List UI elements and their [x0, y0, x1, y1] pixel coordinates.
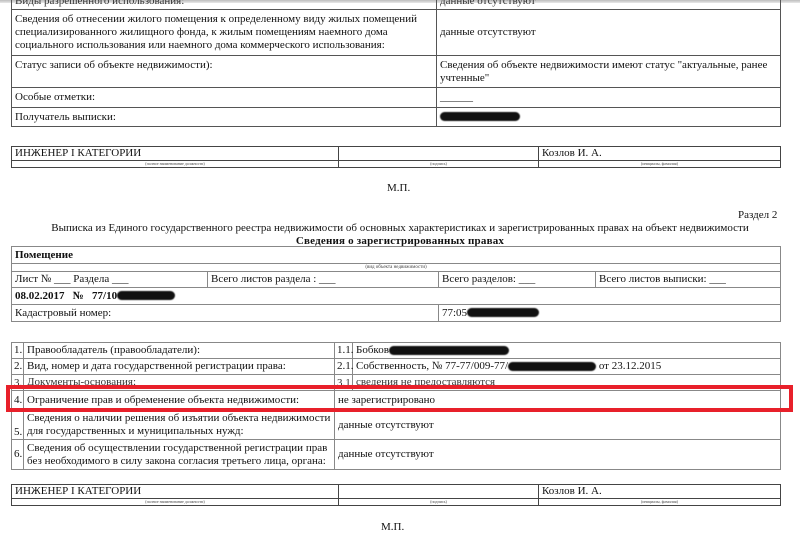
row-label: Ограничение прав и обременение объекта н… — [24, 391, 335, 411]
date-number: 08.02.2017 № 77/10 — [12, 288, 781, 305]
table-row: 6. Сведения об осуществлении государстве… — [12, 440, 781, 470]
row-subnumber: 1.1. — [335, 343, 353, 359]
object-header-table: Помещение (вид объекта недвижимости) Лис… — [11, 246, 781, 322]
signer-name: Козлов И. А. — [539, 147, 781, 161]
object-type-caption: (вид объекта недвижимости) — [12, 264, 781, 272]
extract-title: Выписка из Единого государственного реес… — [0, 222, 800, 234]
table-row: Получатель выписки: — [12, 108, 781, 127]
signature-field — [339, 485, 539, 499]
sheet-number: Лист № ___ Раздела ___ — [12, 272, 208, 288]
caption-signature: (подпись) — [339, 499, 539, 506]
row-label: Особые отметки: — [12, 88, 437, 108]
owner-name: Бобков — [356, 344, 389, 356]
signature-field — [339, 147, 539, 161]
right-kind: Собственность, № 77-77/009-77/ — [356, 360, 508, 372]
row-value: Собственность, № 77-77/009-77/ от 23.12.… — [353, 359, 781, 375]
total-sheets-section: Всего листов раздела : ___ — [208, 272, 439, 288]
row-label: Сведения об осуществлении государственно… — [24, 440, 335, 470]
row-value: данные отсутствуют — [335, 440, 781, 470]
table-row: 4. Ограничение прав и обременение объект… — [12, 391, 781, 411]
object-characteristics-table: Виды разрешенного использования: данные … — [11, 0, 781, 127]
rights-table: 1. Правообладатель (правообладатели): 1.… — [11, 342, 781, 470]
table-row: Виды разрешенного использования: данные … — [12, 0, 781, 10]
stamp-label: М.П. — [387, 182, 410, 194]
table-row: 5. Сведения о наличии решения об изъятии… — [12, 411, 781, 440]
row-label: Документы-основания: — [24, 375, 335, 391]
redacted-cadastral — [467, 308, 539, 317]
table-row: 3. Документы-основания: 3.1. сведения не… — [12, 375, 781, 391]
row-value: не зарегистрировано — [335, 391, 781, 411]
row-label: Вид, номер и дата государственной регист… — [24, 359, 335, 375]
row-value: Сведения об объекте недвижимости имеют с… — [437, 56, 781, 88]
cadastral-value: 77:05 — [439, 305, 781, 322]
redacted-recipient — [440, 112, 520, 121]
row-number: 1. — [12, 343, 24, 359]
row-subnumber: 2.1. — [335, 359, 353, 375]
caption-name: (инициалы, фамилия) — [539, 499, 781, 506]
row-number: 5. — [12, 411, 24, 440]
stamp-label: М.П. — [381, 521, 404, 533]
signer-name: Козлов И. А. — [539, 485, 781, 499]
row-label: Статус записи об объекте недвижимости): — [12, 56, 437, 88]
row-label: Получатель выписки: — [12, 108, 437, 127]
caption-position: (полное наименование должности) — [12, 499, 339, 506]
table-row: Особые отметки: ______ — [12, 88, 781, 108]
redacted-reg-number — [508, 362, 596, 371]
reg-date: от 23.12.2015 — [599, 360, 661, 372]
row-number: 2. — [12, 359, 24, 375]
row-label: Правообладатель (правообладатели): — [24, 343, 335, 359]
row-value: данные отсутствуют — [335, 411, 781, 440]
caption-signature: (подпись) — [339, 161, 539, 168]
row-value — [437, 108, 781, 127]
object-type: Помещение — [12, 247, 781, 264]
table-row: Сведения об отнесении жилого помещения к… — [12, 10, 781, 56]
signer-position: ИНЖЕНЕР I КАТЕГОРИИ — [12, 485, 339, 499]
redacted-owner — [389, 346, 509, 355]
row-value: данные отсутствуют — [437, 10, 781, 56]
date-number-text: 08.02.2017 № 77/10 — [15, 290, 117, 302]
cadastral-label: Кадастровый номер: — [12, 305, 439, 322]
row-value: сведения не предоставляются — [353, 375, 781, 391]
row-number: 3. — [12, 375, 24, 391]
redacted-number — [117, 291, 175, 300]
caption-name: (инициалы, фамилия) — [539, 161, 781, 168]
caption-position: (полное наименование должности) — [12, 161, 339, 168]
row-value: данные отсутствуют — [437, 0, 781, 10]
section-label: Раздел 2 — [738, 209, 777, 221]
signer-position: ИНЖЕНЕР I КАТЕГОРИИ — [12, 147, 339, 161]
table-row: 1. Правообладатель (правообладатели): 1.… — [12, 343, 781, 359]
row-number: 4. — [12, 391, 24, 411]
signature-block: ИНЖЕНЕР I КАТЕГОРИИ Козлов И. А. (полное… — [11, 146, 781, 168]
row-value: Бобков — [353, 343, 781, 359]
cadastral-prefix: 77:05 — [442, 307, 467, 319]
row-label: Сведения об отнесении жилого помещения к… — [12, 10, 437, 56]
total-sheets-extract: Всего листов выписки: ___ — [596, 272, 781, 288]
row-subnumber: 3.1. — [335, 375, 353, 391]
row-value: ______ — [437, 88, 781, 108]
table-row: Статус записи об объекте недвижимости): … — [12, 56, 781, 88]
row-label: Сведения о наличии решения об изъятии об… — [24, 411, 335, 440]
total-sections: Всего разделов: ___ — [439, 272, 596, 288]
row-label: Виды разрешенного использования: — [12, 0, 437, 10]
table-row: 2. Вид, номер и дата государственной рег… — [12, 359, 781, 375]
row-number: 6. — [12, 440, 24, 470]
signature-block: ИНЖЕНЕР I КАТЕГОРИИ Козлов И. А. (полное… — [11, 484, 781, 506]
